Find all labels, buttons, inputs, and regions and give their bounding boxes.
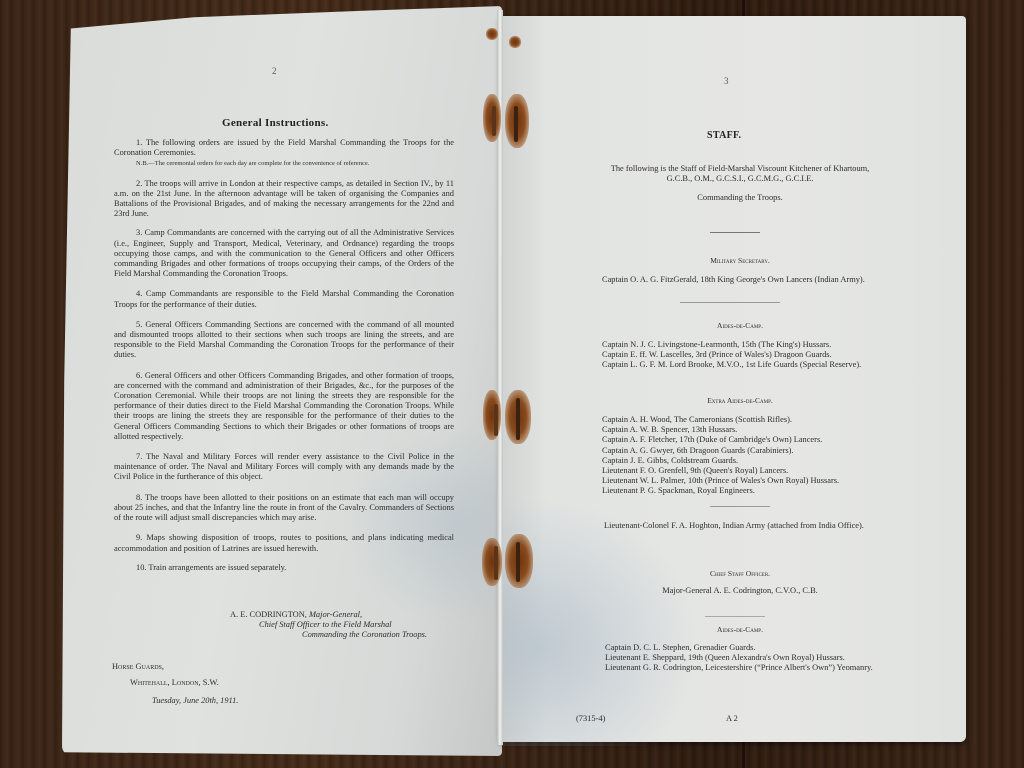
instruction-7: 7. The Naval and Military Forces will re… xyxy=(114,452,454,483)
signatory-title-2: Commanding the Coronation Troops. xyxy=(230,630,470,640)
section-heading-aides-de-camp-2: Aides-de-Camp. xyxy=(540,625,940,635)
instruction-1: 1. The following orders are issued by th… xyxy=(114,138,454,158)
signature-mark: A 2 xyxy=(726,714,766,724)
rust-stain xyxy=(482,538,502,586)
staff-entry: Captain A. W. B. Spencer, 13th Hussars. xyxy=(602,425,902,435)
instruction-9: 9. Maps showing disposition of troops, r… xyxy=(114,533,454,553)
nb-note: N.B.—The ceremonial orders for each day … xyxy=(114,159,454,169)
instructions-body: 1. The following orders are issued by th… xyxy=(114,138,454,573)
signatory-name: A. E. CODRINGTON, xyxy=(230,610,307,619)
staple-icon xyxy=(514,106,518,142)
instruction-3: 3. Camp Commandants are concerned with t… xyxy=(114,228,454,279)
staff-entry: Captain A. H. Wood, The Cameronians (Sco… xyxy=(602,415,902,425)
staff-entry: Lieutenant E. Sheppard, 19th (Queen Alex… xyxy=(605,653,905,663)
page-number: 3 xyxy=(724,76,729,86)
staple-icon xyxy=(516,542,520,582)
signatory-line: A. E. CODRINGTON, Major-General, xyxy=(230,610,470,620)
instruction-6: 6. General Officers and other Officers C… xyxy=(114,371,454,442)
staff-title: STAFF. xyxy=(707,130,741,141)
instruction-10: 10. Train arrangements are issued separa… xyxy=(114,563,454,573)
intro-line-3: Commanding the Troops. xyxy=(540,193,940,203)
instruction-4: 4. Camp Commandants are responsible to t… xyxy=(114,289,454,309)
rust-stain xyxy=(509,36,521,48)
staple-icon xyxy=(492,106,496,136)
page-number: 2 xyxy=(272,66,277,76)
instruction-8: 8. The troops have been allotted to thei… xyxy=(114,493,454,524)
staff-entry: Captain O. A. G. FitzGerald, 18th King G… xyxy=(602,275,916,285)
section-heading-aides-de-camp: Aides-de-Camp. xyxy=(540,321,940,331)
staff-entry: Captain J. E. Gibbs, Coldstream Guards. xyxy=(602,456,902,466)
staff-intro: The following is the Staff of Field-Mars… xyxy=(540,164,940,204)
aides-list-2: Captain D. C. L. Stephen, Grenadier Guar… xyxy=(605,643,905,674)
staff-entry: Captain L. G. F. M. Lord Brooke, M.V.O.,… xyxy=(602,360,894,370)
address-line-2: Whitehall, London, S.W. xyxy=(130,678,330,688)
divider xyxy=(710,506,770,507)
intro-line-2: G.C.B., O.M., G.C.S.I., G.C.M.G., G.C.I.… xyxy=(540,174,940,184)
issue-date: Tuesday, June 20th, 1911. xyxy=(152,696,352,706)
divider xyxy=(705,616,765,617)
staff-entry: Major-General A. E. Codrington, C.V.O., … xyxy=(540,586,940,596)
extra-aides-list: Captain A. H. Wood, The Cameronians (Sco… xyxy=(602,415,902,497)
divider xyxy=(710,232,760,233)
intro-line-1: The following is the Staff of Field-Mars… xyxy=(540,164,940,174)
signature-block: A. E. CODRINGTON, Major-General, Chief S… xyxy=(230,610,470,641)
staple-icon xyxy=(516,398,520,440)
staff-entry: Lieutenant P. G. Spackman, Royal Enginee… xyxy=(602,486,902,496)
staff-entry: Captain N. J. C. Livingstone-Learmonth, … xyxy=(602,340,894,350)
page-title: General Instructions. xyxy=(222,117,329,129)
rust-stain xyxy=(486,28,498,40)
divider xyxy=(680,302,780,303)
section-heading-military-secretary: Military Secretary. xyxy=(540,256,940,266)
print-code: (7315-4) xyxy=(576,714,656,724)
staff-entry: Captain A. F. Fletcher, 17th (Duke of Ca… xyxy=(602,435,902,445)
right-page: 3 STAFF. The following is the Staff of F… xyxy=(500,16,966,742)
address-line-1: Horse Guards, xyxy=(112,662,312,672)
staple-icon xyxy=(494,546,498,580)
page-shadow xyxy=(500,496,700,746)
staff-entry: Captain A. G. Gwyer, 6th Dragoon Guards … xyxy=(602,446,902,456)
staple-icon xyxy=(494,404,498,436)
staff-entry: Captain E. ff. W. Lascelles, 3rd (Prince… xyxy=(602,350,894,360)
signatory-title-1: Chief Staff Officer to the Field Marshal xyxy=(230,620,470,630)
staff-entry: Lieutenant F. O. Grenfell, 9th (Queen's … xyxy=(602,466,902,476)
staff-entry: Lieutenant G. R. Codrington, Leicestersh… xyxy=(605,663,905,673)
signatory-rank: Major-General, xyxy=(309,610,362,619)
aides-list: Captain N. J. C. Livingstone-Learmonth, … xyxy=(602,340,894,371)
rust-stain xyxy=(483,390,501,440)
instruction-5: 5. General Officers Commanding Sections … xyxy=(114,320,454,361)
staff-entry: Lieutenant W. L. Palmer, 10th (Prince of… xyxy=(602,476,902,486)
instruction-2: 2. The troops will arrive in London at t… xyxy=(114,179,454,220)
left-page: 2 General Instructions. 1. The following… xyxy=(62,6,502,756)
section-heading-extra-aides: Extra Aides-de-Camp. xyxy=(540,396,940,406)
staff-entry: Lieutenant-Colonel F. A. Hoghton, Indian… xyxy=(604,521,918,531)
section-heading-chief-staff-officer: Chief Staff Officer. xyxy=(540,569,940,579)
staff-entry: Captain D. C. L. Stephen, Grenadier Guar… xyxy=(605,643,905,653)
